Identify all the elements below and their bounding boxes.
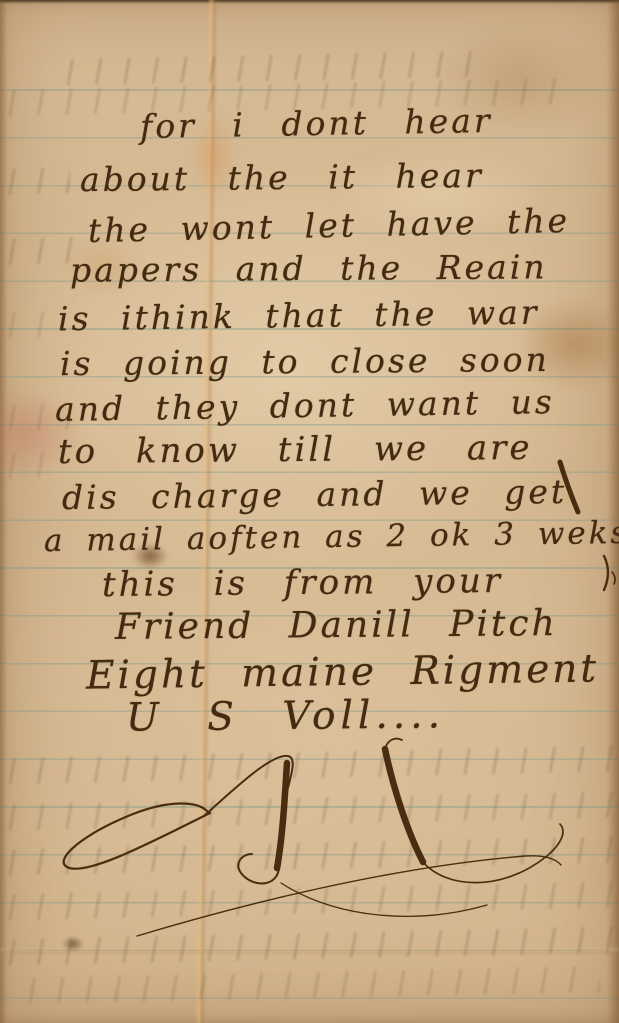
letter-page: for i dont hear about the it hear the wo… bbox=[0, 0, 619, 1023]
stray-ink-marks bbox=[0, 0, 619, 1023]
